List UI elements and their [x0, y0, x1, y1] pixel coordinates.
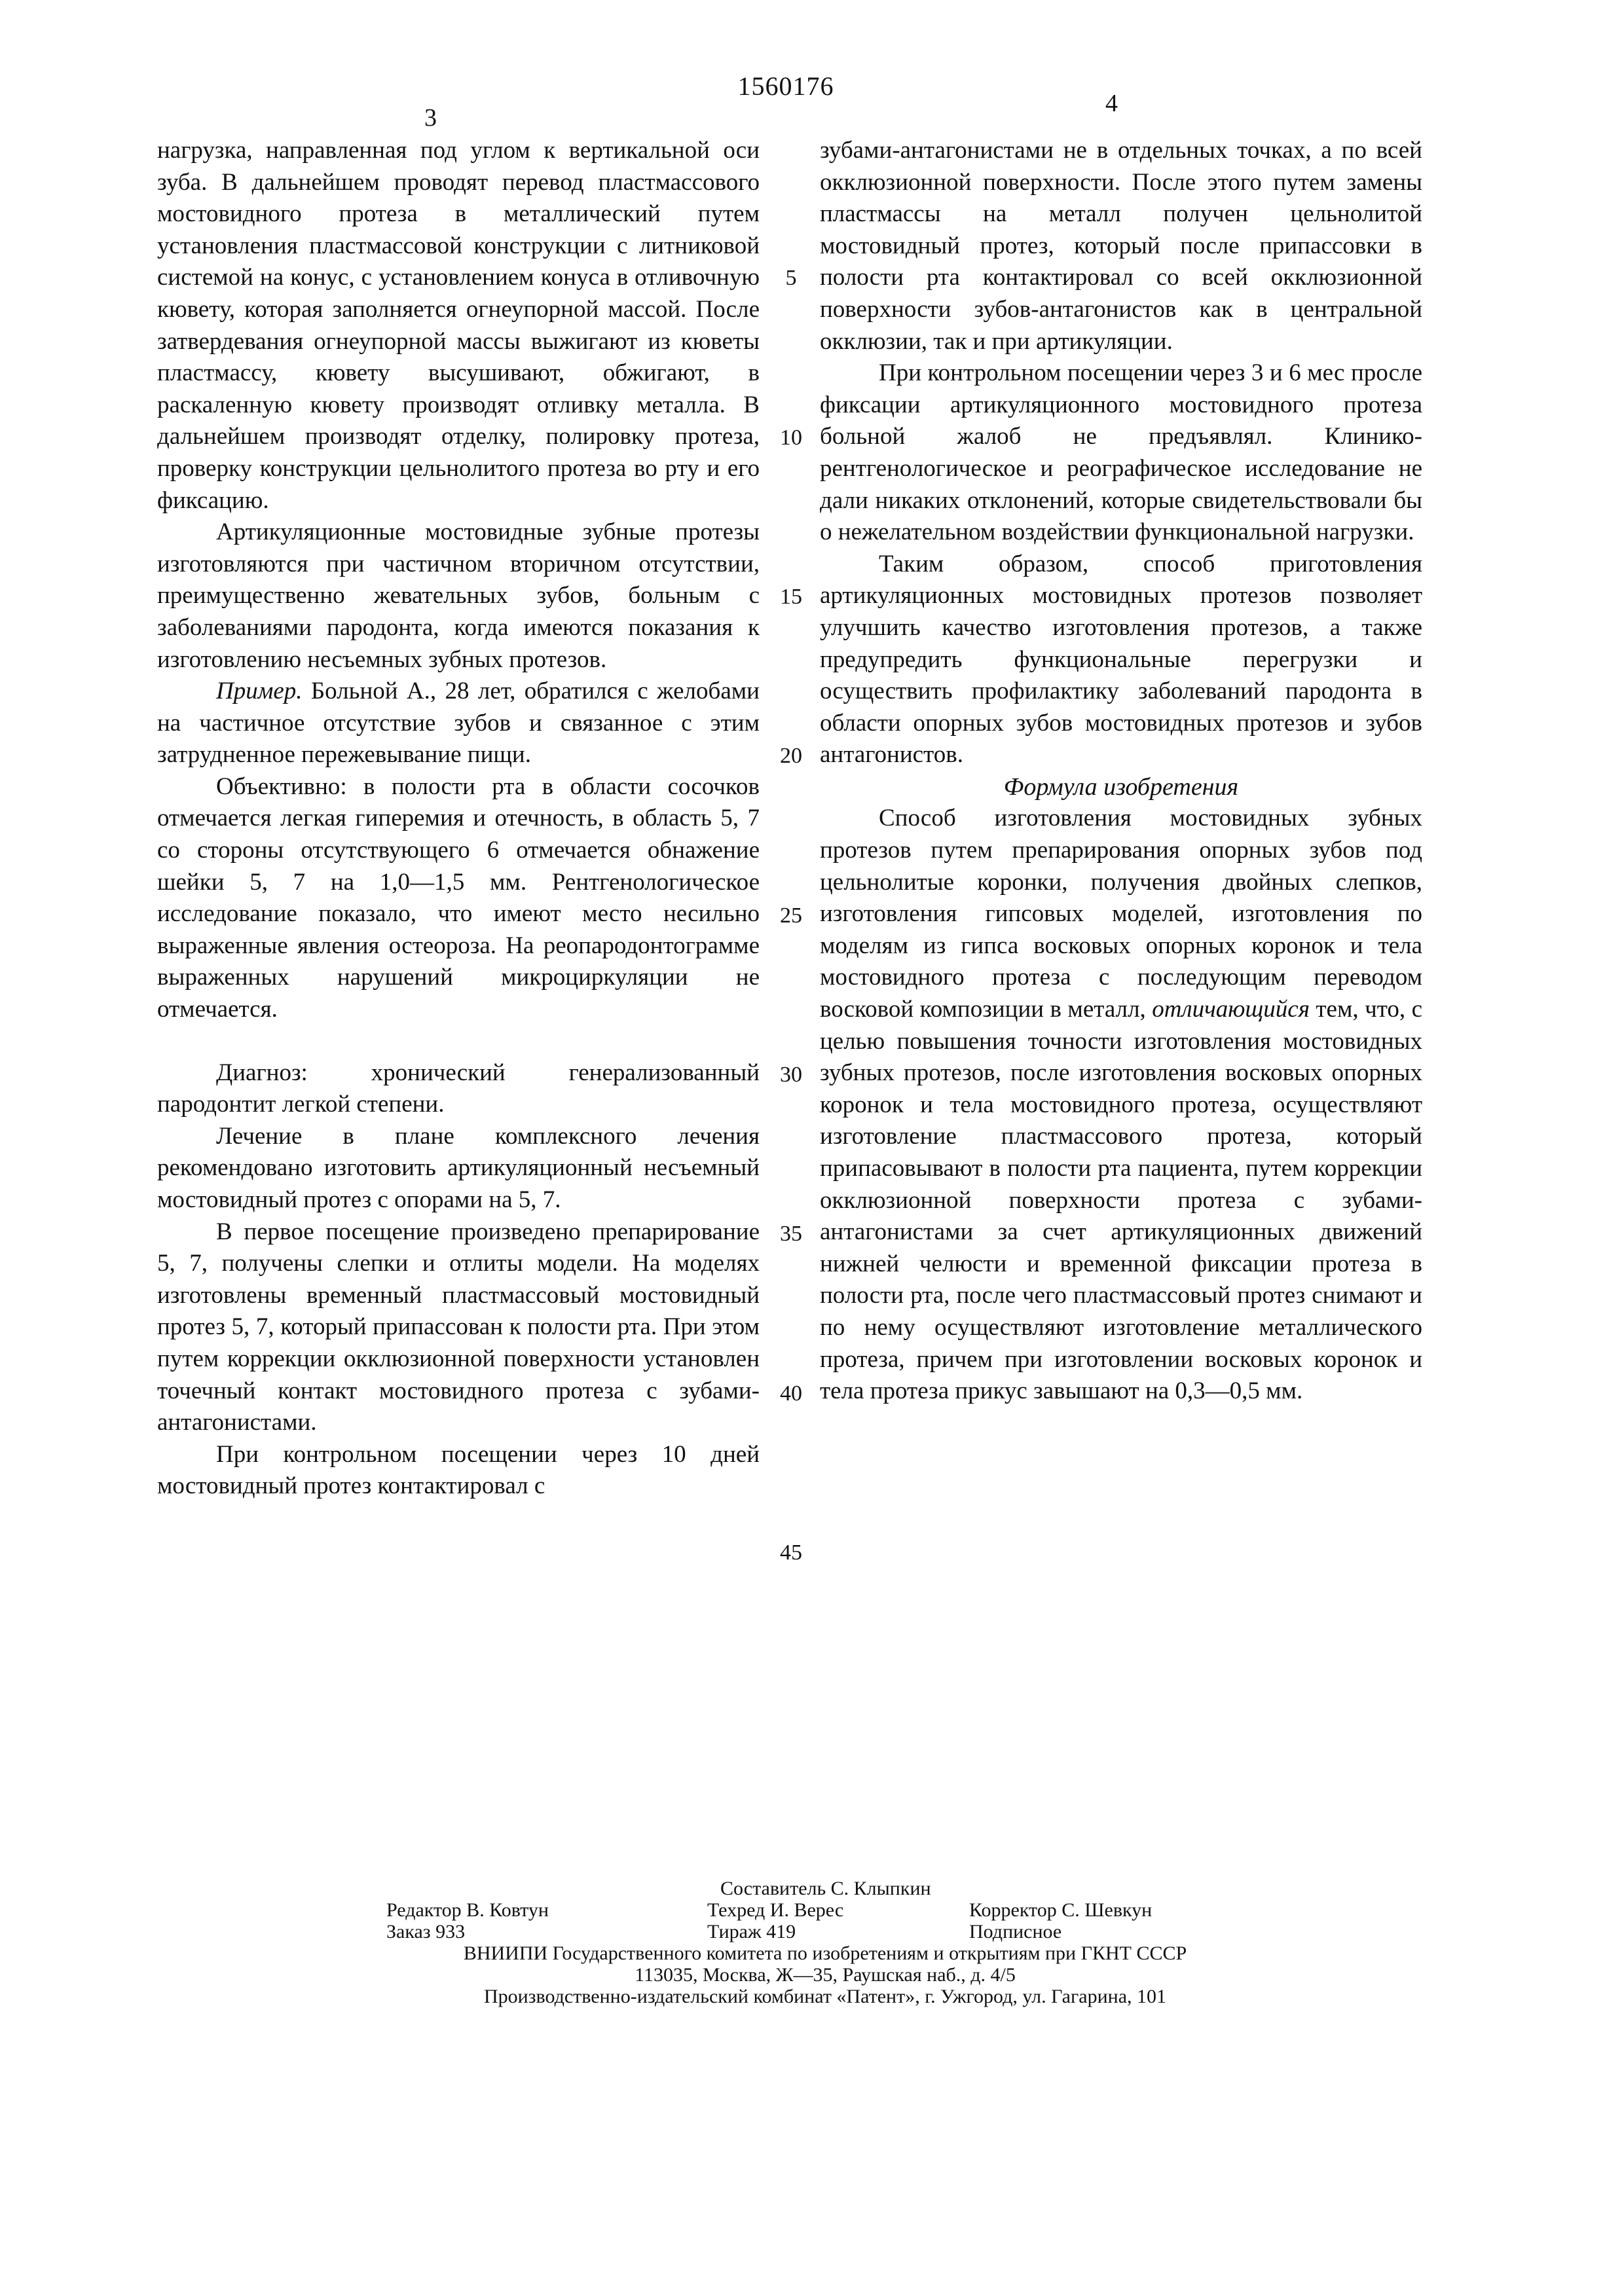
claim-distinguishing: отличающийся [1152, 996, 1310, 1023]
line-number: 30 [773, 1063, 809, 1087]
proofreader: Корректор С. Шевкун [969, 1899, 1231, 1921]
imprint: Составитель С. Клыпкин Редактор В. Ковту… [354, 1878, 1297, 2007]
example-paragraph: Пример. Больной А., 28 лет, обратился с … [157, 676, 760, 771]
compiler: Составитель С. Клыпкин [354, 1878, 931, 1899]
claim-part-2: тем, что, с целью повышения точности изг… [820, 996, 1422, 1404]
line-number: 45 [773, 1540, 809, 1565]
paragraph: Артикуляционные мостовидные зубные проте… [157, 517, 760, 676]
left-column: нагрузка, направленная под углом к верти… [157, 135, 760, 1503]
publisher-line-2: 113035, Москва, Ж—35, Раушская наб., д. … [354, 1964, 1297, 1986]
order-number: Заказ 933 [354, 1921, 707, 1942]
claim-part-1: Способ изготовления мостовидных зубных п… [820, 805, 1422, 1023]
line-number: 20 [773, 744, 809, 769]
subscription: Подписное [969, 1921, 1231, 1942]
page-number-right: 4 [1105, 89, 1118, 118]
line-number: 10 [773, 426, 809, 450]
right-column: зубами-антагонистами не в отдельных точк… [820, 135, 1422, 1408]
paragraph: При контрольном посещении через 10 дней … [157, 1439, 760, 1503]
example-label: Пример. [216, 678, 303, 704]
claim-paragraph: Способ изготовления мостовидных зубных п… [820, 803, 1422, 1407]
patent-number: 1560176 [733, 71, 838, 101]
paragraph: Объективно: в полости рта в области сосо… [157, 771, 760, 1026]
paragraph: В первое посещение произведено препариро… [157, 1216, 760, 1439]
paragraph: нагрузка, направленная под углом к верти… [157, 135, 760, 517]
editor: Редактор В. Ковтун [354, 1899, 707, 1921]
line-number: 5 [773, 266, 809, 291]
paragraph: Диагноз: хронический генерализованный па… [157, 1057, 760, 1121]
printer: Производственно-издательский комбинат «П… [354, 1986, 1297, 2007]
line-number: 35 [773, 1222, 809, 1247]
paragraph: Лечение в плане комплексного лечения рек… [157, 1121, 760, 1216]
publisher-line-1: ВНИИПИ Государственного комитета по изоб… [354, 1942, 1297, 1964]
line-number: 25 [773, 903, 809, 928]
circulation: Тираж 419 [707, 1921, 969, 1942]
paragraph: При контрольном посещении через 3 и 6 ме… [820, 357, 1422, 549]
page-number-left: 3 [424, 103, 437, 132]
paragraph: Таким образом, способ приготовления арти… [820, 549, 1422, 771]
tech-editor: Техред И. Верес [707, 1899, 969, 1921]
line-number: 15 [773, 585, 809, 610]
line-number: 40 [773, 1381, 809, 1406]
claims-heading: Формула изобретения [820, 771, 1422, 803]
paragraph: зубами-антагонистами не в отдельных точк… [820, 135, 1422, 357]
